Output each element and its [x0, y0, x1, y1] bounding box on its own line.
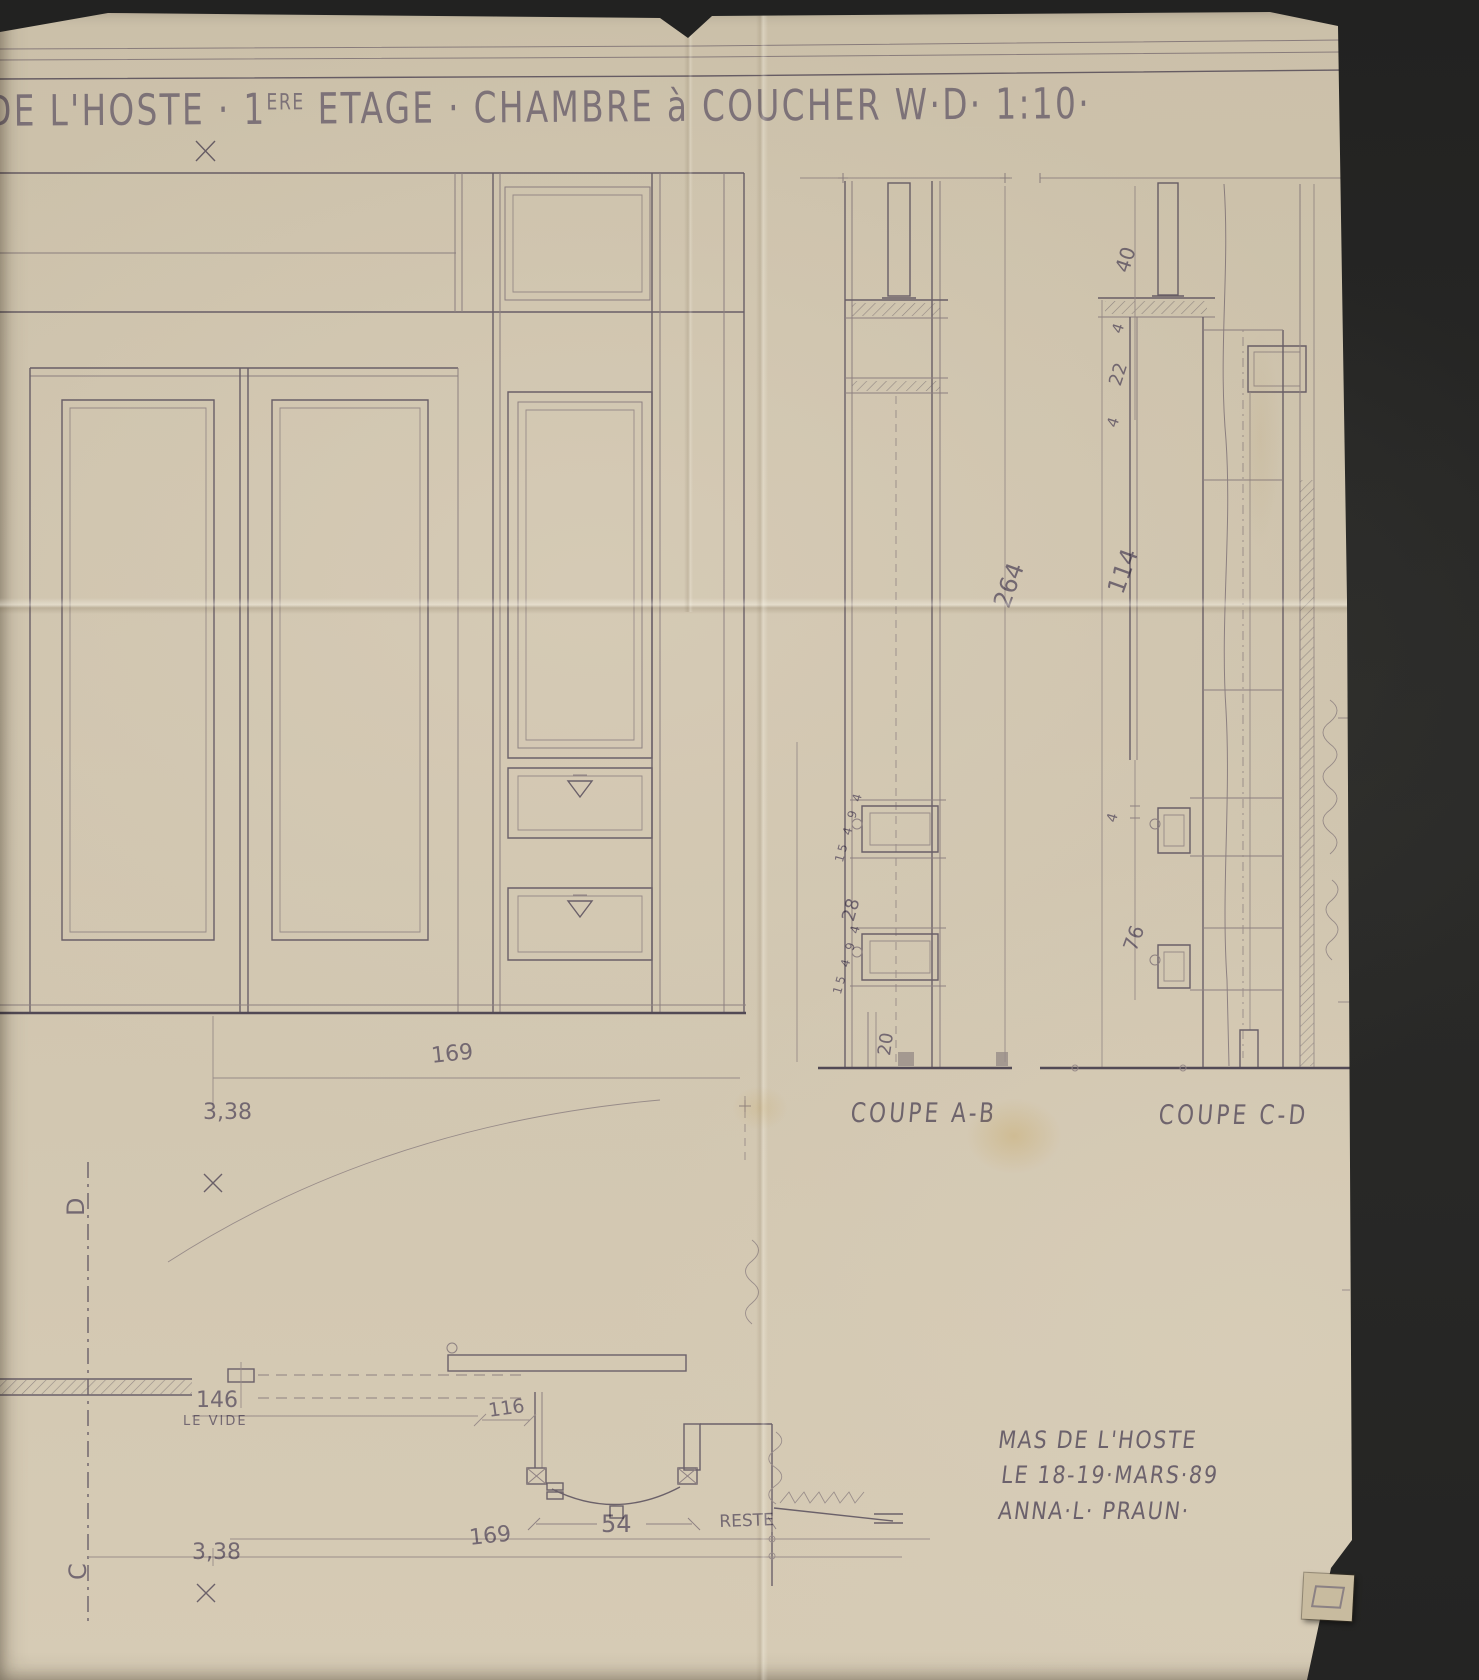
plan-view — [0, 1096, 930, 1622]
elevation-view — [0, 173, 746, 1104]
coupe-cd-label: COUPE C-D — [1157, 1100, 1309, 1131]
sheet-border-lines — [0, 40, 1348, 79]
corner-card — [1302, 1573, 1354, 1622]
top-fold-crease — [684, 0, 693, 612]
axis-marker-d: D — [62, 1198, 90, 1216]
title-block-project: MAS DE L'HOSTE — [997, 1426, 1199, 1454]
dim-plan-width-bottom: 169 — [468, 1522, 512, 1551]
title-block-date: LE 18-19·MARS·89 — [1000, 1461, 1221, 1489]
title-superscript: ERE — [266, 90, 304, 116]
x-marks — [196, 141, 222, 1602]
coupe-ab-section — [797, 173, 1012, 1068]
horizontal-fold-crease — [0, 598, 1479, 614]
paper-stain — [966, 1098, 1062, 1174]
drawing-title: DE L'HOSTE · 1ERE ETAGE · CHAMBRE à COUC… — [0, 78, 1091, 136]
corner-card-mark — [1311, 1585, 1345, 1608]
vertical-fold-crease — [756, 0, 768, 1680]
drawing-paper: DE L'HOSTE · 1ERE ETAGE · CHAMBRE à COUC… — [0, 0, 1479, 1680]
dim-door: 54 — [601, 1510, 632, 1538]
axis-marker-c: C — [64, 1563, 92, 1580]
title-part1: DE L'HOSTE · 1 — [0, 84, 267, 136]
title-block-author: ANNA·L· PRAUN· — [997, 1497, 1192, 1525]
paper-stain-small — [732, 1086, 788, 1130]
dim-plan-total: 3,38 — [192, 1540, 241, 1565]
paper-shade — [1240, 330, 1280, 550]
dim-void-value: 146 — [196, 1388, 238, 1413]
dim-void-label: LE VIDE — [183, 1414, 248, 1429]
dim-elev-width: 3,38 — [203, 1100, 252, 1125]
scanned-sheet: DE L'HOSTE · 1ERE ETAGE · CHAMBRE à COUC… — [0, 0, 1479, 1680]
dim-plan-width-top: 169 — [430, 1040, 474, 1069]
dim-ab-plinth: 20 — [874, 1031, 898, 1057]
title-part2: ETAGE · CHAMBRE à COUCHER W·D· 1:10· — [305, 78, 1092, 133]
